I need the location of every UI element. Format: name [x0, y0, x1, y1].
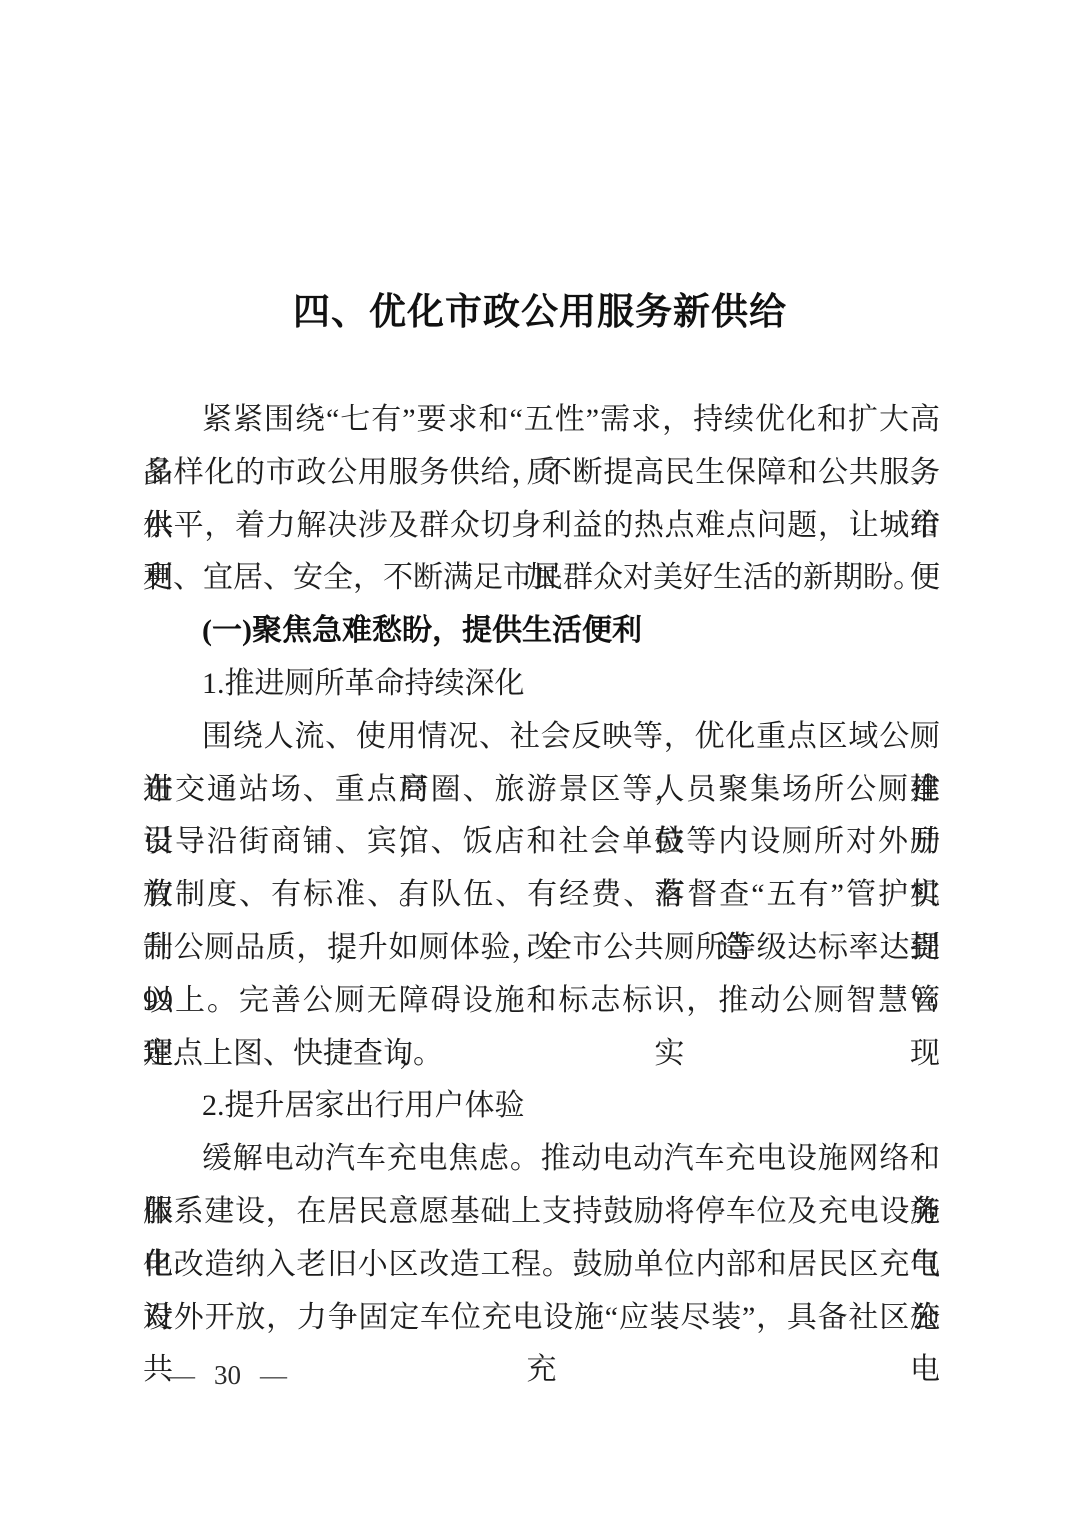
page-number: 30 — [214, 1360, 241, 1391]
page-title: 四、优化市政公用服务新供给 — [0, 281, 1080, 335]
paragraph: 紧紧围绕“七有”要求和“五性”需求，持续优化和扩大高品质、多样化的市政公用服务供… — [143, 394, 940, 605]
text-line: 多样化的市政公用服务供给，不断提高民生保障和公共服务供给 — [143, 447, 940, 500]
text-line: 以上。完善公厕无障碍设施和标志标识，推动公厕智慧管理，实现 — [143, 975, 940, 1028]
text-line: 水平，着力解决涉及群众切身利益的热点难点问题，让城市更加便 — [143, 500, 940, 553]
footer-dash-left: — — [168, 1360, 195, 1391]
text-line: 1.推进厕所革命持续深化 — [143, 658, 940, 711]
numbered-subheading: 2.提升居家出行用户体验 — [143, 1080, 940, 1133]
text-line: 体系建设，在居民意愿基础上支持鼓励将停车位及充电设施电气 — [143, 1186, 940, 1239]
text-line: 缓解电动汽车充电焦虑。推动电动汽车充电设施网络和服务 — [143, 1133, 940, 1186]
text-line: 对外开放，力争固定车位充电设施“应装尽装”，具备社区公共充电 — [143, 1292, 940, 1345]
text-line: 有制度、有标准、有队伍、有经费、有督查“五有”管护机制，改造提 — [143, 869, 940, 922]
text-line: 利、宜居、安全，不断满足市民群众对美好生活的新期盼。 — [143, 552, 940, 605]
text-line: (一)聚焦急难愁盼，提供生活便利 — [143, 605, 940, 658]
text-line: 升公厕品质，提升如厕体验，全市公共厕所等级达标率达到 99％ — [143, 922, 940, 975]
text-line: 围绕人流、使用情况、社会反映等，优化重点区域公厕布局，推 — [143, 711, 940, 764]
paragraph: 缓解电动汽车充电焦虑。推动电动汽车充电设施网络和服务体系建设，在居民意愿基础上支… — [143, 1133, 940, 1344]
section-heading: (一)聚焦急难愁盼，提供生活便利 — [143, 605, 940, 658]
text-line: 化改造纳入老旧小区改造工程。鼓励单位内部和居民区充电设施 — [143, 1239, 940, 1292]
text-line: 引导沿街商铺、宾馆、饭店和社会单位等内设厕所对外开放。落实 — [143, 816, 940, 869]
document-page: 四、优化市政公用服务新供给 紧紧围绕“七有”要求和“五性”需求，持续优化和扩大高… — [0, 0, 1080, 1527]
text-line: 紧紧围绕“七有”要求和“五性”需求，持续优化和扩大高品质、 — [143, 394, 940, 447]
page-footer: — 30 — — [168, 1360, 287, 1391]
footer-dash-right: — — [260, 1360, 287, 1391]
paragraph: 围绕人流、使用情况、社会反映等，优化重点区域公厕布局，推进交通站场、重点商圈、旅… — [143, 711, 940, 1081]
document-body: 紧紧围绕“七有”要求和“五性”需求，持续优化和扩大高品质、多样化的市政公用服务供… — [143, 394, 940, 1344]
numbered-subheading: 1.推进厕所革命持续深化 — [143, 658, 940, 711]
text-line: 2.提升居家出行用户体验 — [143, 1080, 940, 1133]
text-line: 进交通站场、重点商圈、旅游景区等人员聚集场所公厕建设，鼓励 — [143, 764, 940, 817]
